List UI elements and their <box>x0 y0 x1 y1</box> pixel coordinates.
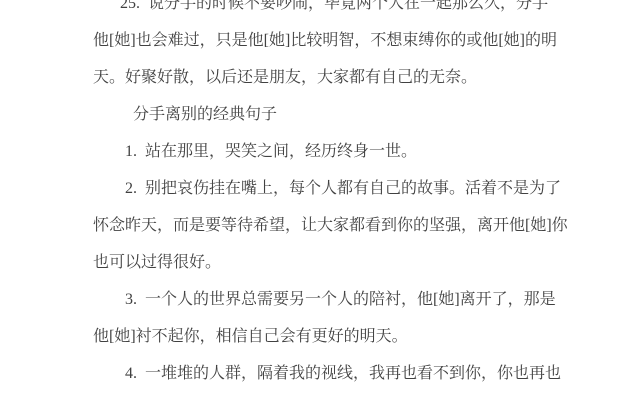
text-line: 怀念昨天，而是要等待希望，让大家都看到你的坚强，离开他[她]你 <box>93 217 568 234</box>
text-line: 4. 一堆堆的人群，隔着我的视线，我再也看不到你，你也再也 <box>125 365 561 382</box>
text-line: 1. 站在那里，哭笑之间，经历终身一世。 <box>125 143 417 160</box>
text-line: 2. 别把哀伤挂在嘴上，每个人都有自己的故事。活着不是为了 <box>125 180 561 197</box>
text-line: 天。好聚好散，以后还是朋友，大家都有自己的无奈。 <box>93 69 477 86</box>
text-line: 也可以过得很好。 <box>93 254 221 271</box>
text-line: 25. 说分手的时候不要吵闹，毕竟两个人在一起那么久，分手 <box>120 0 548 12</box>
text-line: 他[她]也会难过，只是他[她]比较明智，不想束缚你的或他[她]的明 <box>93 32 557 49</box>
text-line: 3. 一个人的世界总需要另一个人的陪衬，他[她]离开了，那是 <box>125 291 556 308</box>
text-line: 他[她]衬不起你，相信自己会有更好的明天。 <box>93 328 408 345</box>
section-heading: 分手离别的经典句子 <box>133 106 277 123</box>
document-page: 25. 说分手的时候不要吵闹，毕竟两个人在一起那么久，分手他[她]也会难过，只是… <box>0 0 640 400</box>
